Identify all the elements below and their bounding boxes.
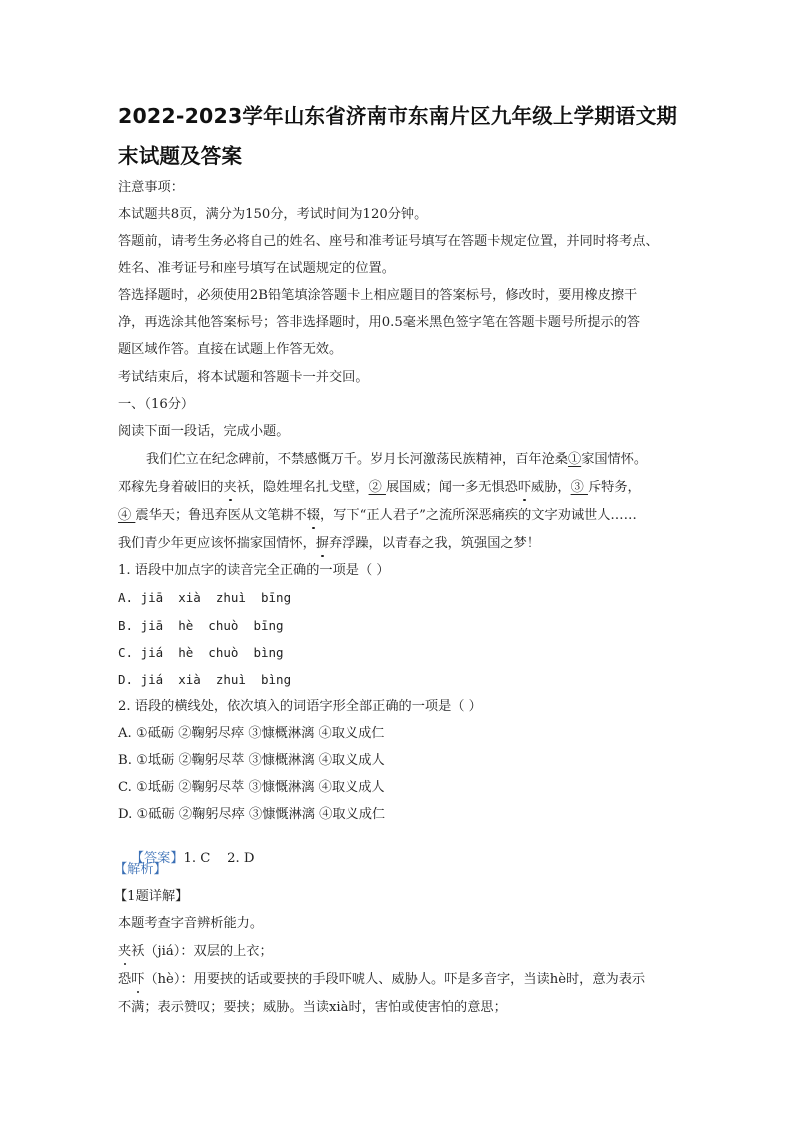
dotted-char: 吓	[518, 480, 531, 496]
passage-text: 我们青少年更应该怀揣家国情怀，	[118, 536, 316, 551]
question-1-option-b: B. jiā hè chuò bīng	[118, 618, 284, 634]
document-title: 2022-2023学年山东省济南市东南片区九年级上学期语文期末试题及答案	[118, 96, 688, 176]
dotted-char: 吓	[131, 972, 144, 988]
passage-line: 邓稼先身着破旧的夹袄，隐姓埋名扎戈壁，② 展国威；闻一多无惧恐吓威胁，③ 斥特务…	[118, 480, 641, 496]
question-1-option-a: A. jiā xià zhuì bīng	[118, 590, 291, 606]
question-2-option-b: B. ①坻砺 ②鞠躬尽萃 ③慷概淋漓 ④取义成人	[118, 753, 385, 769]
passage-line: ④ 震华天；鲁迅弃医从文笔耕不辍，写下“正人君子”之流所深恶痛疾的文字劝诫世人……	[118, 508, 637, 524]
notice-item: 答题前，请考生务必将自己的姓名、座号和准考证号填写在答题卡规定位置，并同时将考点…	[118, 234, 659, 250]
passage-line: 我们伫立在纪念碑前，不禁感慨万千。岁月长河激荡民族精神，百年沧桑①家国情怀。	[118, 452, 647, 468]
passage-line: 我们青少年更应该怀揣家国情怀，摒弃浮躁，以青春之我，筑强国之梦！	[118, 536, 540, 552]
answer-value: 1. C 2. D	[184, 851, 255, 866]
question-1-stem: 1. 语段中加点字的读音完全正确的一项是（ ）	[118, 563, 390, 579]
section-instruction: 阅读下面一段话，完成小题。	[118, 424, 289, 440]
blank-2: ②	[369, 480, 386, 495]
analysis-line: 夹袄（jiá）：双层的上衣；	[118, 944, 273, 960]
notice-item: 本试题共8页，满分为150分，考试时间为120分钟。	[118, 207, 427, 223]
passage-text: 袄，隐姓埋名扎戈壁，	[237, 480, 369, 495]
question-2-stem: 2. 语段的横线处，依次填入的词语字形全部正确的一项是（ ）	[118, 699, 482, 715]
passage-text: 斥特务，	[588, 480, 641, 495]
dotted-char: 辍	[307, 508, 320, 524]
analysis-text: 袄（jiá）：双层的上衣；	[131, 944, 272, 959]
analysis-line: 不满；表示赞叹；要挟；威胁。当读xià时，害怕或使害怕的意思；	[118, 1000, 507, 1016]
passage-text: 邓稼先身着破旧的	[118, 480, 224, 495]
passage-text: 威胁，	[531, 480, 571, 495]
passage-text: 弃浮躁，以青春之我，筑强国之梦！	[329, 536, 540, 551]
analysis-label: 【解析】	[114, 862, 167, 878]
section-heading: 一、（16分）	[118, 397, 194, 413]
detail-heading: 【1题详解】	[114, 889, 188, 905]
notice-heading: 注意事项：	[118, 180, 184, 196]
analysis-line: 本题考查字音辨析能力。	[118, 916, 263, 932]
notice-item: 题区域作答。直接在试题上作答无效。	[118, 342, 342, 358]
dotted-char: 夹	[118, 944, 131, 960]
analysis-text: （hè）：用要挟的话或要挟的手段吓唬人、威胁人。吓是多音字，当读hè时，意为表示	[144, 972, 645, 987]
question-2-option-c: C. ①坻砺 ②鞠躬尽萃 ③慷慨淋漓 ④取义成人	[118, 780, 385, 796]
passage-text: 我们伫立在纪念碑前，不禁感慨万千。岁月长河激荡民族精神，百年沧桑	[146, 452, 568, 467]
question-2-option-d: D. ①砥砺 ②鞠躬尽瘁 ③慷慨淋漓 ④取义成仁	[118, 807, 385, 823]
passage-text: 展国威；闻一多无惧恐	[386, 480, 518, 495]
dotted-char: 摒	[316, 536, 329, 552]
passage-text: 家国情怀。	[581, 452, 647, 467]
question-1-option-c: C. jiá hè chuò bìng	[118, 645, 284, 661]
blank-4: ④	[118, 508, 135, 523]
notice-item: 答选择题时，必须使用2B铅笔填涂答题卡上相应题目的答案标号，修改时，要用橡皮擦干	[118, 288, 637, 304]
notice-item: 姓名、准考证号和座号填写在试题规定的位置。	[118, 261, 395, 277]
question-2-option-a: A. ①砥砺 ②鞠躬尽瘁 ③慷概淋漓 ④取义成仁	[118, 726, 385, 742]
passage-text: ，写下“正人君子”之流所深恶痛疾的文字劝诫世人……	[320, 508, 637, 523]
question-1-option-d: D. jiá xià zhuì bìng	[118, 672, 291, 688]
notice-item: 净，再选涂其他答案标号；答非选择题时，用0.5毫米黑色签字笔在答题卡题号所提示的…	[118, 315, 640, 331]
dotted-char: 夹	[224, 480, 237, 496]
notice-item: 考试结束后，将本试题和答题卡一并交回。	[118, 370, 369, 386]
analysis-line: 恐吓（hè）：用要挟的话或要挟的手段吓唬人、威胁人。吓是多音字，当读hè时，意为…	[118, 972, 645, 988]
passage-text: 震华天；鲁迅弃医从文笔耕不	[135, 508, 306, 523]
analysis-text: 恐	[118, 972, 131, 987]
blank-1: ①	[568, 452, 581, 467]
blank-3: ③	[571, 480, 588, 495]
